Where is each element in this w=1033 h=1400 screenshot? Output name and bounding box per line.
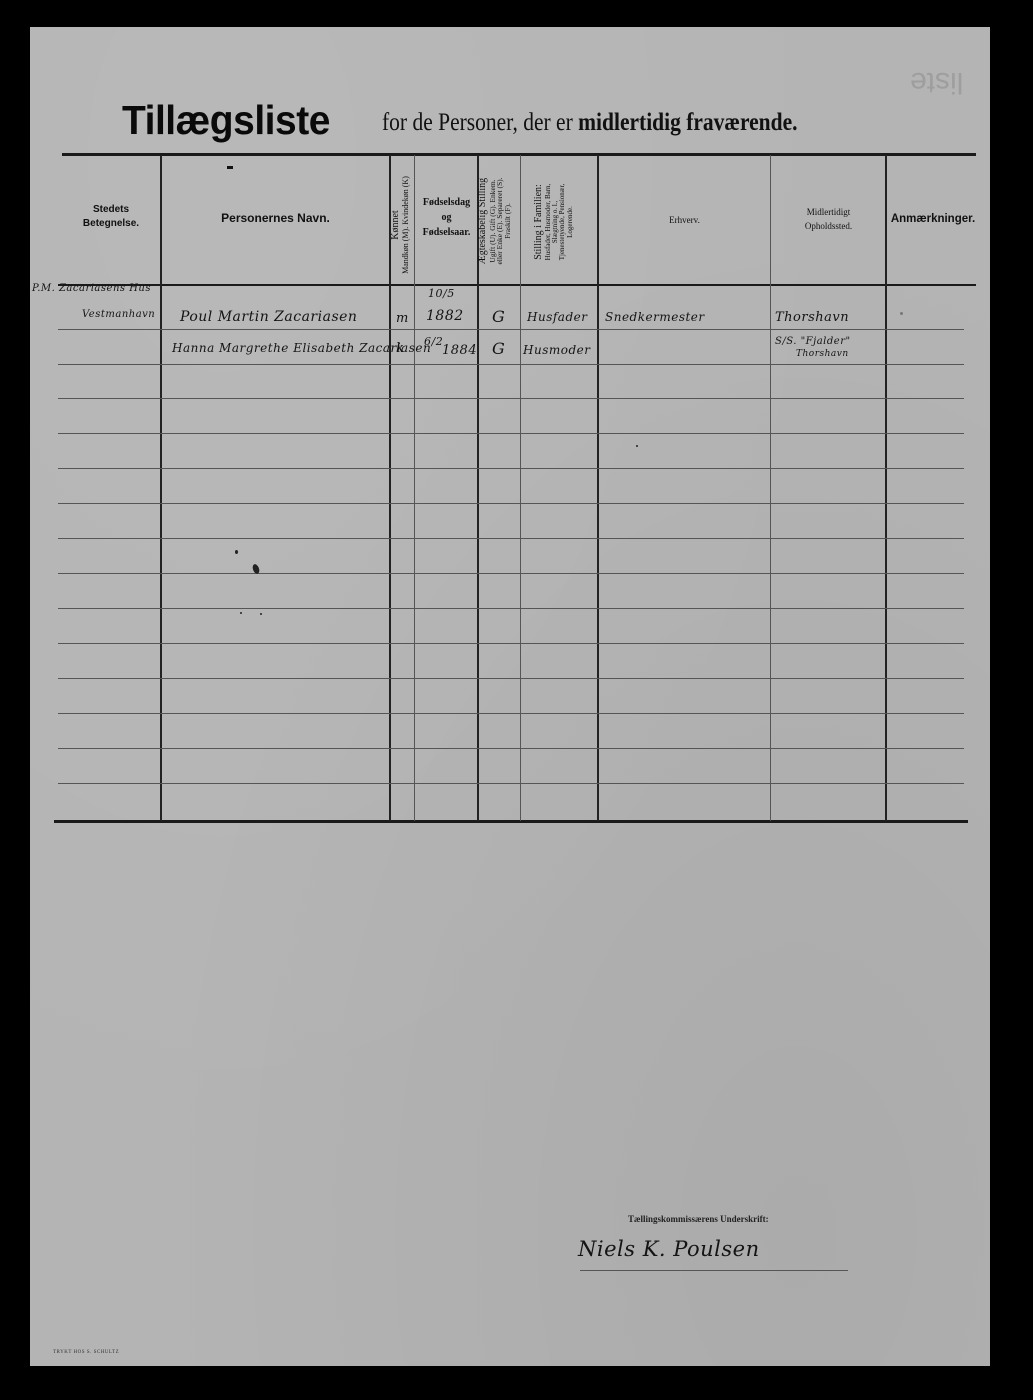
row-line (58, 748, 964, 749)
header-label-line: Stedets (62, 203, 160, 217)
cell-fodselsdag-day: 10/5 (428, 287, 455, 300)
cell-midlertidigt: Thorshavn (775, 310, 849, 325)
col-divider-6 (597, 155, 599, 821)
header-label-line: Midlertidigt (772, 205, 885, 219)
census-form-page: Tillægsliste for de Personer, der er mid… (30, 27, 990, 1366)
col-divider-7 (770, 155, 771, 821)
form-title: Tillægsliste (122, 97, 330, 144)
signature-label: Tællingskommissærens Underskrift: (628, 1214, 769, 1224)
row-line (58, 643, 964, 644)
header-label-line: Mandkøn (M). Kvindekøn (K) (402, 170, 410, 280)
signature-line (580, 1270, 848, 1271)
table-bottom-rule (54, 820, 968, 823)
row-line (58, 783, 964, 784)
col-divider-8 (885, 155, 887, 821)
form-subtitle-prefix: for de Personer, der er (382, 109, 573, 136)
header-label-line: Logerende. (567, 167, 574, 277)
row-line (58, 608, 964, 609)
header-label-line: Betegnelse. (62, 217, 160, 231)
row-line (58, 713, 964, 714)
cell-aegteskabelig: G (492, 307, 505, 326)
form-subtitle: for de Personer, der er midlertidig frav… (382, 109, 798, 137)
header-label-line: Fødselsdag (416, 195, 477, 210)
row-line (58, 364, 964, 365)
header-label-line: Fødselsaar. (416, 225, 477, 240)
cell-stedets-betegnelse-line1: P.M. Zacariasens Hus (32, 283, 151, 294)
header-label-line: Ægteskabelig Stilling (478, 166, 489, 276)
header-aegteskabelig: Ægteskabelig Stilling Ugift (U). Gift (G… (478, 166, 522, 276)
row-line (58, 573, 964, 574)
ink-speck (636, 445, 638, 447)
cell-personernes-navn: Hanna Margrethe Elisabeth Zacariasen (172, 341, 431, 355)
header-bottom-rule (58, 284, 976, 286)
header-stedets-betegnelse: Stedets Betegnelse. (62, 203, 160, 231)
cell-stedets-betegnelse-line2: Vestmanhavn (82, 309, 155, 320)
header-label-line: og (416, 210, 477, 225)
cell-aegteskabelig: G (492, 339, 505, 358)
cell-fodselsdag-year: 1882 (426, 308, 464, 324)
row-line (58, 468, 964, 469)
header-erhverv: Erhverv. (599, 215, 770, 225)
header-label-line: Kønnet (391, 170, 402, 280)
printer-imprint: TRYKT HOS S. SCHULTZ (53, 1350, 119, 1355)
header-label-line: Stilling i Familien: (534, 167, 545, 277)
col-divider-1 (160, 155, 162, 821)
cell-stilling-familien: Husmoder (523, 343, 590, 357)
row-line (58, 329, 964, 330)
header-kon: Kønnet Mandkøn (M). Kvindekøn (K) (391, 170, 415, 280)
form-subtitle-bold: midlertidig fraværende. (578, 109, 797, 136)
cell-fodselsdag-year: 1884 (442, 343, 477, 358)
header-personernes-navn: Personernes Navn. (162, 211, 389, 225)
table-top-rule (62, 153, 976, 156)
ink-speck (900, 312, 903, 315)
ink-speck (260, 613, 262, 615)
cell-midlertidigt-line2: Thorshavn (796, 349, 849, 359)
cell-kon: k (396, 341, 404, 356)
row-line (58, 433, 964, 434)
header-mark (227, 166, 233, 169)
row-line (58, 678, 964, 679)
header-stilling-familien: Stilling i Familien: Husfader, Husmoder,… (534, 167, 584, 277)
cell-erhverv: Snedkermester (605, 310, 705, 324)
row-line (58, 503, 964, 504)
cell-kon: m (396, 311, 409, 326)
signature-value: Niels K. Poulsen (578, 1237, 760, 1261)
row-line (58, 538, 964, 539)
header-anmaerkninger: Anmærkninger. (887, 213, 979, 225)
cell-midlertidigt-line1: S/S. "Fjalder" (775, 336, 851, 347)
header-fodselsdag: Fødselsdag og Fødselsaar. (416, 195, 477, 240)
ink-speck (235, 550, 238, 554)
row-line (58, 398, 964, 399)
cell-stilling-familien: Husfader (527, 310, 587, 324)
header-midlertidigt: Midlertidigt Opholdssted. (772, 205, 885, 233)
header-label-line: Fraskilt (F). (504, 166, 512, 276)
cell-fodselsdag-day: 6/2 (424, 335, 443, 348)
ink-speck (240, 612, 242, 614)
header-label-line: Opholdssted. (772, 219, 885, 233)
corner-stamp: liste (910, 65, 963, 99)
cell-personernes-navn: Poul Martin Zacariasen (180, 309, 357, 325)
